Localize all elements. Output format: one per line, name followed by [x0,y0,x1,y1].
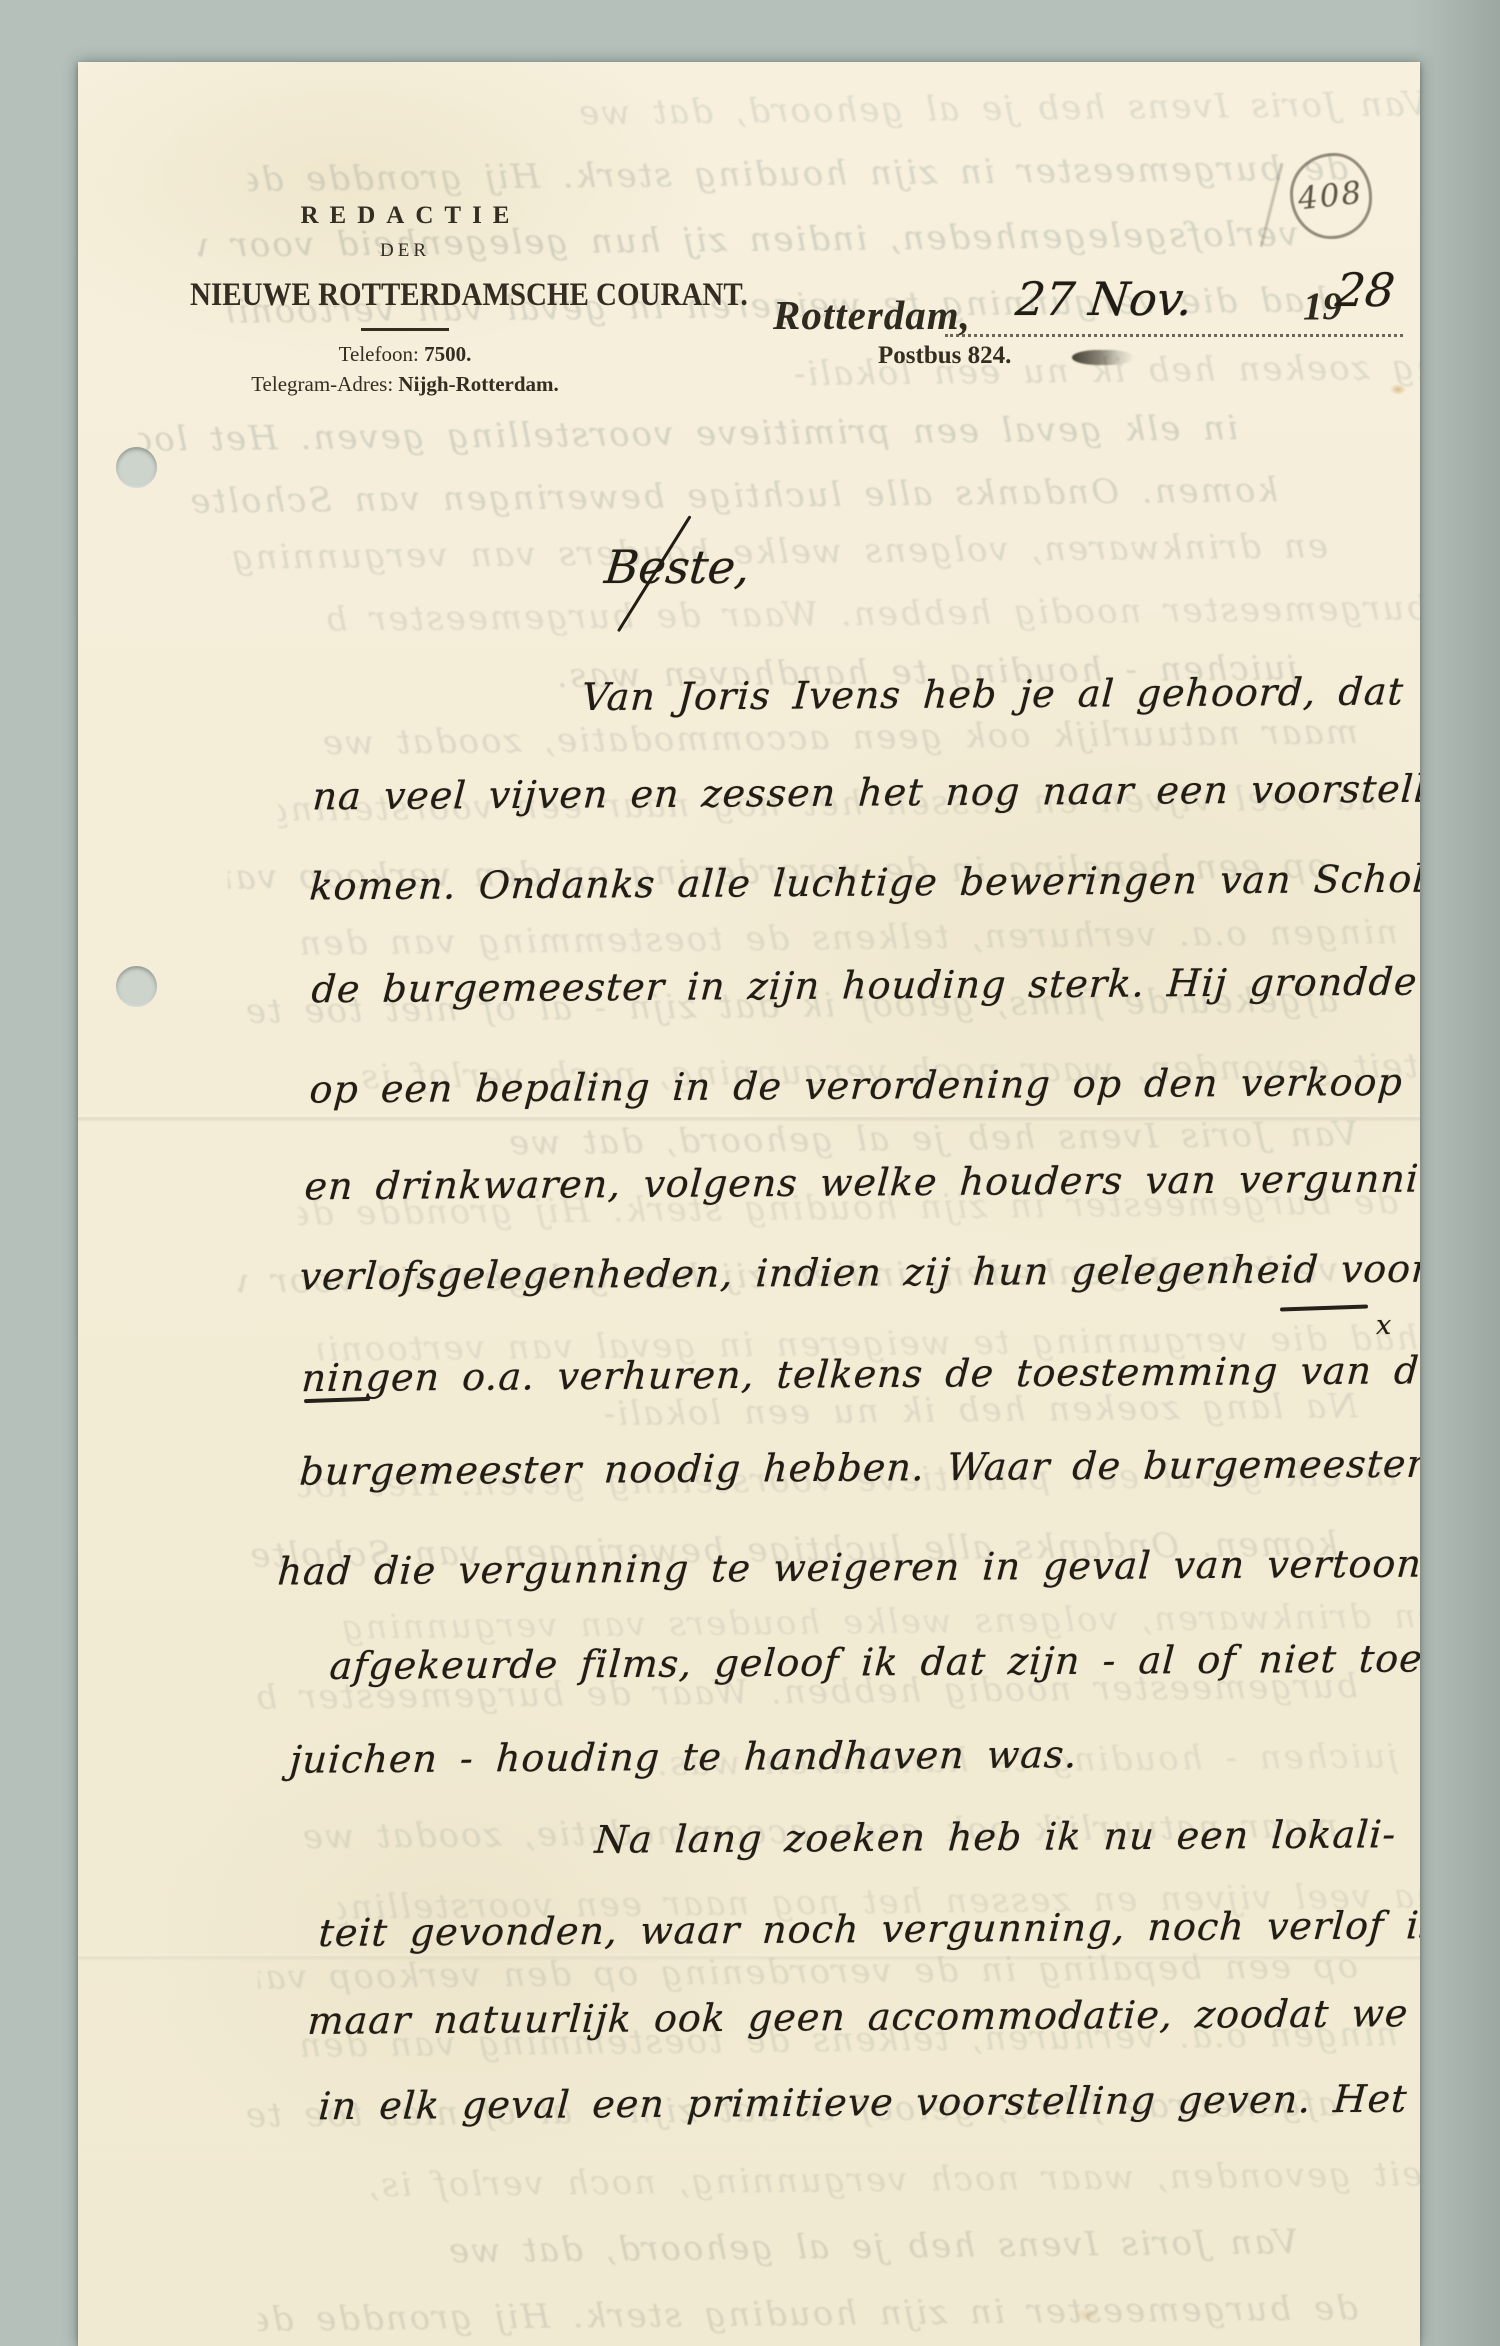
handwritten-line: Na lang zoeken heb ik nu een lokali- [593,1812,1397,1862]
handwritten-line: en drinkwaren, volgens welke houders van… [303,1156,1420,1209]
paper-stain [1074,2308,1100,2322]
bleedthrough-line: ningen o.a. verhuren, telkens de toestem… [298,912,1398,964]
letterhead-telefoon-line: Telefoon: 7500. [190,342,620,367]
letterhead-divider-rule [361,328,449,331]
letterhead-postbus: Postbus 824. [878,342,1011,370]
punch-hole-top [116,447,157,488]
bleedthrough-line: maar natuurlijk ook geen accommodatie, z… [258,712,1358,764]
bleedthrough-line: en drinkwaren, volgens welke houders van… [228,526,1328,578]
ink-smudge [1072,350,1134,365]
scan-background-shadow [1410,0,1500,2346]
handwritten-line: op een bepaling in de verordening op den… [308,1059,1420,1112]
handwritten-line: de burgemeester in zijn houding sterk. H… [310,959,1420,1012]
handwritten-line: verlofsgelegenheden, indien zij hun gele… [298,1246,1420,1299]
handwritten-line: in elk geval een primitieve voorstelling… [317,2076,1420,2128]
telegram-address: Nijgh-Rotterdam. [398,372,558,396]
handwritten-line: juichen - houding te handhaven was. [288,1732,1079,1781]
bleedthrough-line: Van Joris Ivens heb je al gehoord, dat w… [198,2222,1298,2274]
correction-mark: x [1376,1310,1391,1341]
page-number: 408 [1297,175,1366,218]
letterhead-organization: NIEUWE ROTTERDAMSCHE COURANT. [190,277,620,314]
letterhead-block: REDACTIE DER NIEUWE ROTTERDAMSCHE COURAN… [190,202,620,397]
scanned-letter-screenshot: { "page_annotation": { "page_number": "4… [0,0,1500,2346]
page-number-circle: 408 [1290,153,1372,239]
handwritten-line: had die vergunning te weigeren in geval … [276,1540,1420,1593]
bleedthrough-line: de burgemeester in zijn houding sterk. H… [248,148,1348,200]
handwritten-line: Van Joris Ivens heb je al gehoord, dat w… [580,669,1420,719]
bleedthrough-line: in elk geval een primitieve voorstelling… [138,408,1238,460]
telegram-label: Telegram-Adres: [251,372,393,396]
bleedthrough-line: de burgemeester in zijn houding sterk. H… [258,2288,1358,2340]
bleedthrough-line: teit gevonden, waar noch vergunning, noc… [338,2154,1420,2206]
letter-paper: Van Joris Ivens heb je al gehoord, dat w… [78,62,1420,2346]
paper-fold-crease [78,1954,1420,1961]
handwritten-line: na veel vijven en zessen het nog naar ee… [311,766,1420,819]
bleedthrough-line: komen. Ondanks alle luchtige beweringen … [178,470,1278,522]
salutation: Beste, [602,540,753,594]
letterhead-subtitle: DER [190,240,620,262]
bleedthrough-line: burgemeester noodig hebben. Waar de burg… [328,588,1420,640]
handwritten-line: maar natuurlijk ook geen accommodatie, z… [306,1991,1410,2043]
handwritten-line: teit gevonden, waar noch vergunning, noc… [317,1903,1420,1955]
handwritten-line: ningen o.a. verhuren, telkens de toestem… [300,1348,1420,1400]
handwritten-year-suffix: 28 [1333,263,1397,317]
punch-hole-bottom [116,966,157,1007]
handwritten-line: komen. Ondanks alle luchtige beweringen … [308,856,1420,909]
paper-stain [1390,384,1406,395]
letterhead-title: REDACTIE [190,202,620,230]
telefoon-label: Telefoon: [339,342,419,366]
letterhead-telegram-line: Telegram-Adres: Nijgh-Rotterdam. [190,372,620,397]
handwritten-line: burgemeester noodig hebben. Waar de burg… [298,1440,1420,1493]
telefoon-number: 7500. [424,342,471,366]
letterhead-city: Rotterdam, [773,291,971,339]
bleedthrough-line: Van Joris Ivens heb je al gehoord, dat w… [328,84,1420,136]
handwritten-line: afgekeurde films, geloof ik dat zijn - a… [328,1636,1420,1688]
paper-fold-crease [78,1115,1420,1122]
handwritten-date: 27 Nov. [1013,272,1195,326]
